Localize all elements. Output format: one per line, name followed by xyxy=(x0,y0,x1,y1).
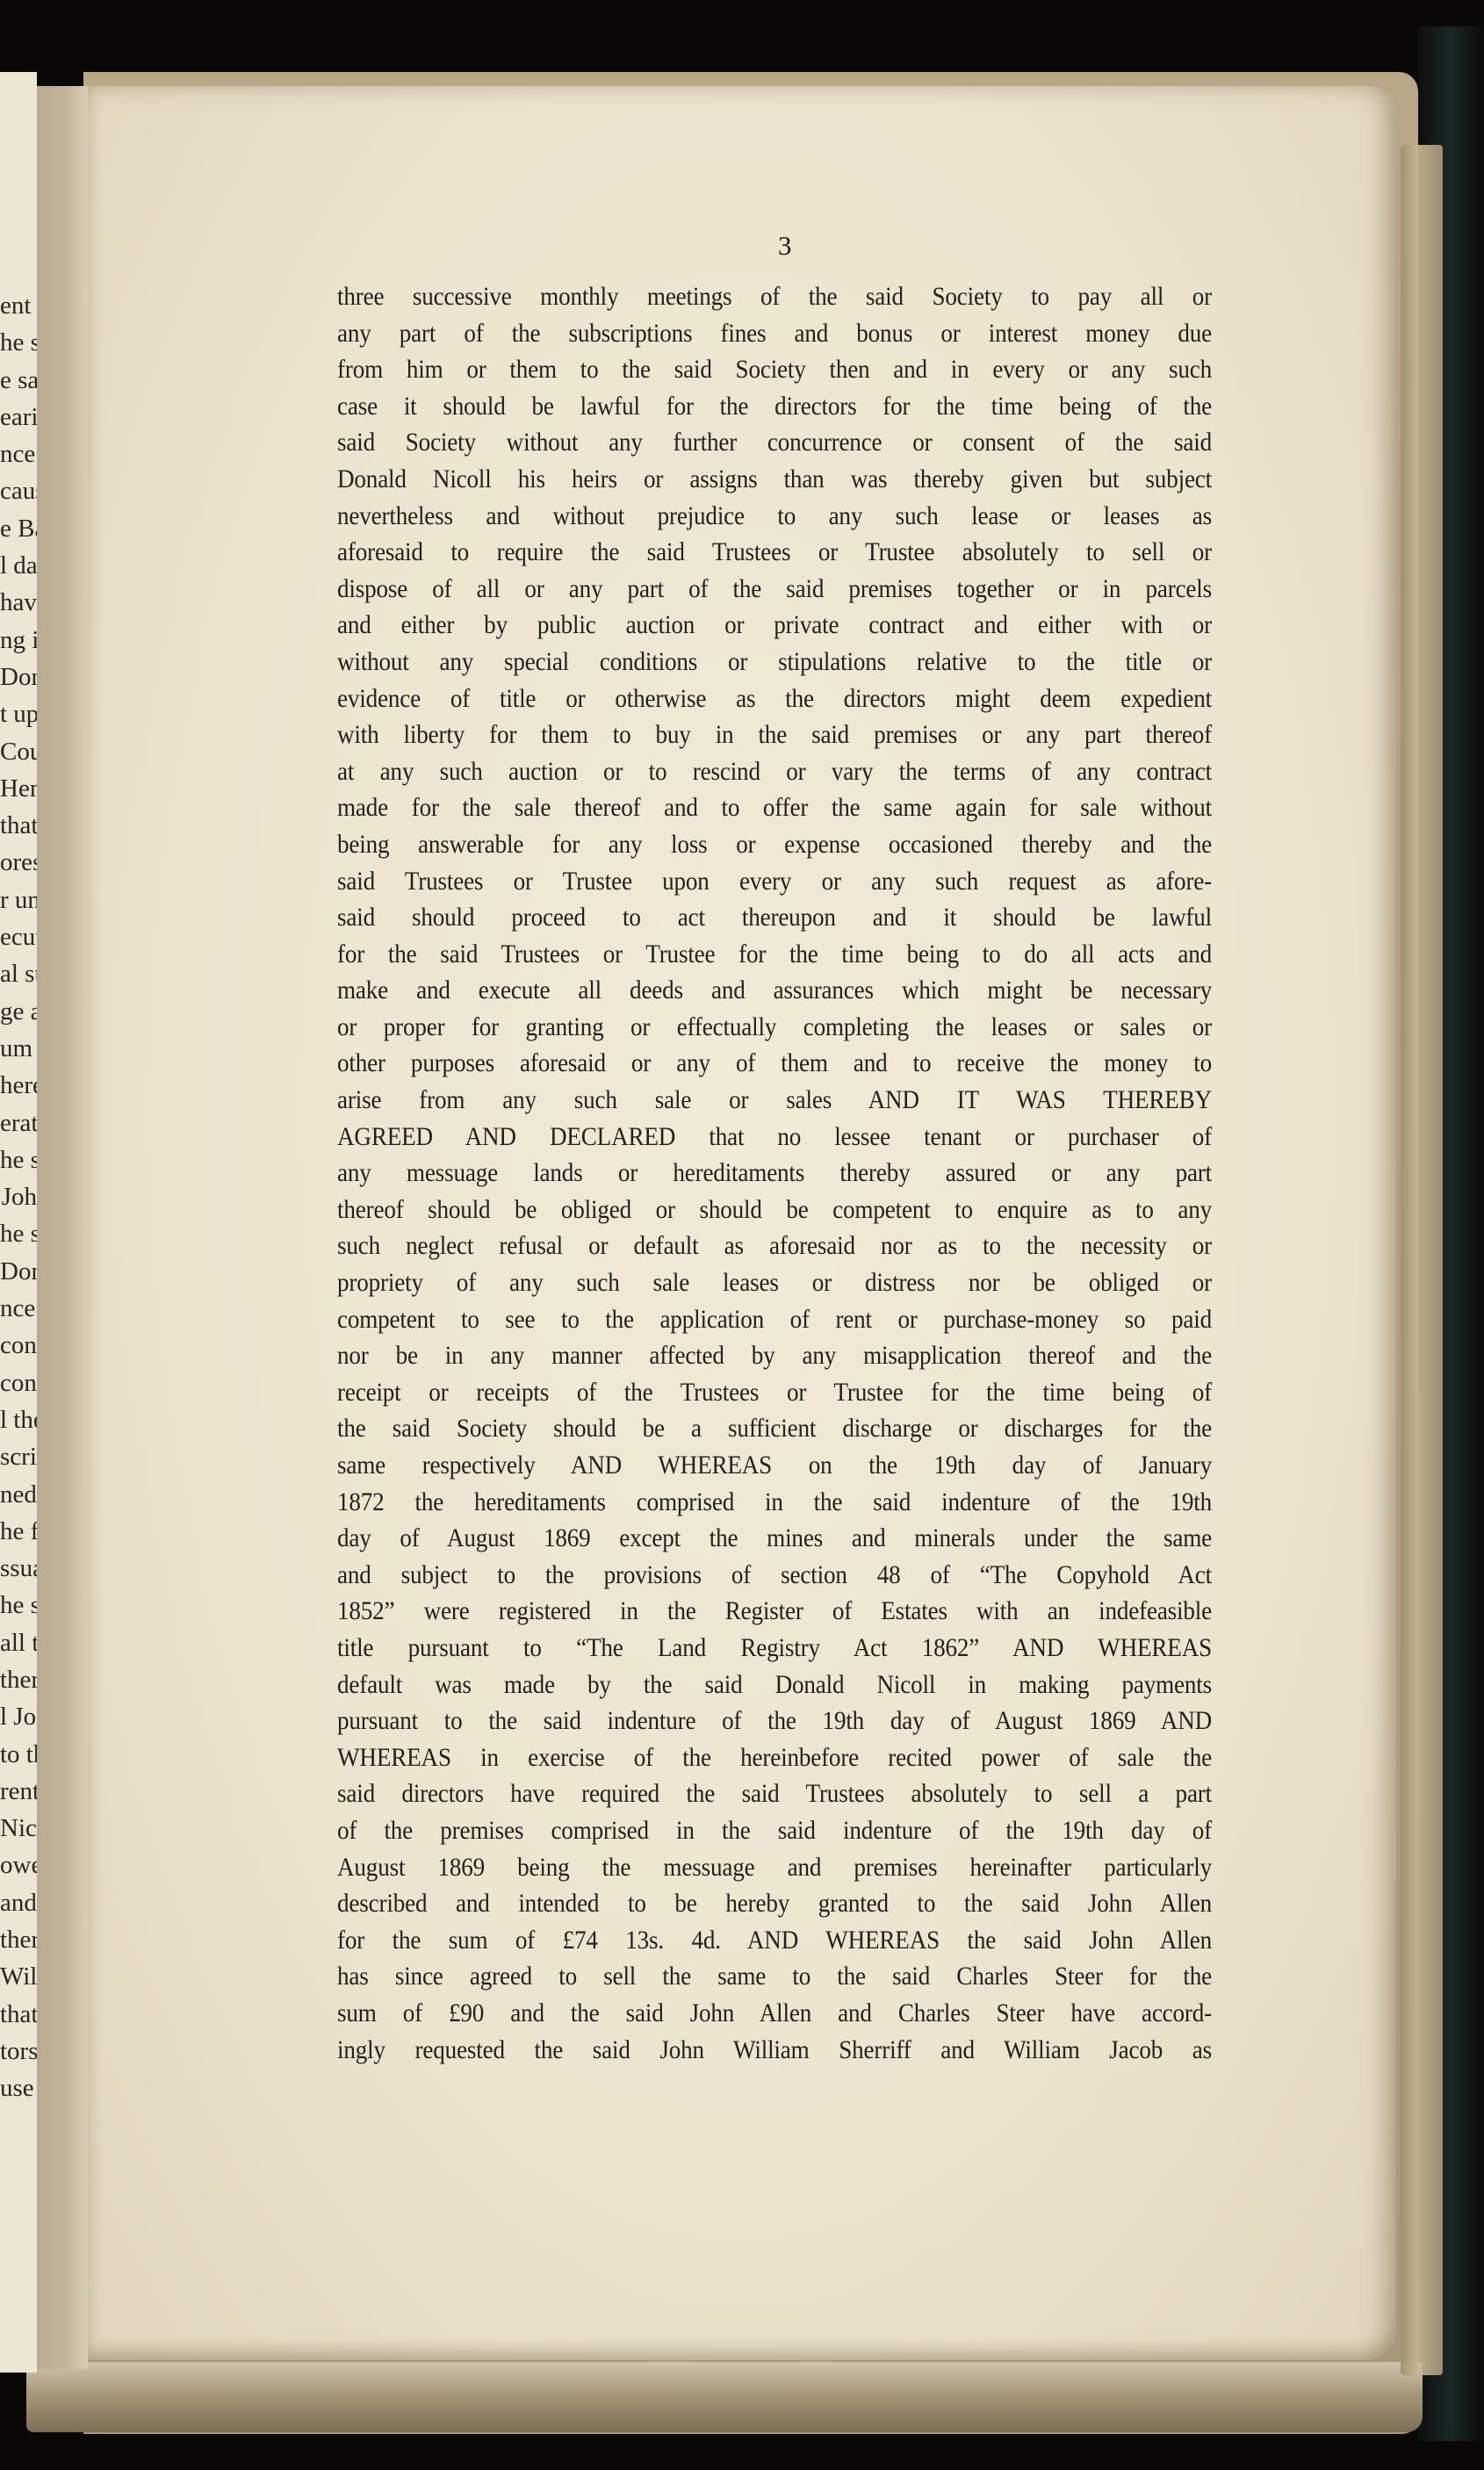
text-line: has since agreed to sell the same to the… xyxy=(337,1959,1212,1996)
text-line: for the said Trustees or Trustee for the… xyxy=(337,937,1212,974)
text-line: August 1869 being the messuage and premi… xyxy=(337,1850,1212,1887)
text-line: receipt or receipts of the Trustees or T… xyxy=(337,1375,1212,1412)
left-page-line-fragment: he fir xyxy=(0,1513,37,1550)
text-line: such neglect refusal or default as afore… xyxy=(337,1228,1212,1265)
text-line: without any special conditions or stipul… xyxy=(337,645,1212,681)
text-line: case it should be lawful for the directo… xyxy=(337,389,1212,426)
left-page-line-fragment: nce b xyxy=(0,1290,37,1327)
left-page-line-fragment: ned b xyxy=(0,1476,37,1513)
text-line: day of August 1869 except the mines and … xyxy=(337,1521,1212,1558)
left-page-line-fragment: all th xyxy=(0,1624,37,1661)
text-line: made for the sale thereof and to offer t… xyxy=(337,790,1212,827)
left-page-line-fragment: scrib xyxy=(0,1438,37,1475)
text-line: described and intended to be hereby gran… xyxy=(337,1886,1212,1923)
left-page-line-fragment: he sai xyxy=(0,1215,37,1252)
text-line: said directors have required the said Tr… xyxy=(337,1776,1212,1813)
text-line: any messuage lands or hereditaments ther… xyxy=(337,1156,1212,1192)
text-line: competent to see to the application of r… xyxy=(337,1302,1212,1339)
left-page-line-fragment: conve xyxy=(0,1327,37,1364)
text-line: default was made by the said Donald Nico… xyxy=(337,1667,1212,1704)
left-page-line-fragment: Joh xyxy=(0,1178,37,1215)
text-line: three successive monthly meetings of the… xyxy=(337,279,1212,316)
text-line: thereof should be obliged or should be c… xyxy=(337,1192,1212,1229)
left-page-line-fragment: confir xyxy=(0,1365,37,1401)
text-line: title pursuant to “The Land Registry Act… xyxy=(337,1631,1212,1667)
left-page-line-fragment: l date xyxy=(0,547,37,584)
left-page-line-fragment: e Ban xyxy=(0,510,37,547)
left-page-line-fragment: rent xyxy=(0,1773,37,1810)
left-page-line-fragment: to th xyxy=(0,1736,37,1773)
left-page-line-fragment: that i xyxy=(0,807,37,844)
gutter-shadow xyxy=(37,86,88,2369)
left-page-line-fragment: there xyxy=(0,1921,37,1958)
text-line: of the premises comprised in the said in… xyxy=(337,1813,1212,1850)
left-page-line-fragment: Willia xyxy=(0,1958,37,1995)
left-page-line-fragment: that i xyxy=(0,1996,37,2033)
text-line: evidence of title or otherwise as the di… xyxy=(337,681,1212,718)
left-page-line-fragment: ent o xyxy=(0,287,37,324)
text-line: propriety of any such sale leases or dis… xyxy=(337,1265,1212,1302)
text-line: ingly requested the said John William Sh… xyxy=(337,2033,1212,2070)
text-line: make and execute all deeds and assurance… xyxy=(337,973,1212,1010)
left-page-line-fragment: earin xyxy=(0,399,37,436)
left-page-line-fragment: he sai xyxy=(0,1141,37,1178)
left-page-line-fragment: there xyxy=(0,1661,37,1698)
left-page-line-fragment: al su xyxy=(0,955,37,992)
text-line: nevertheless and without prejudice to an… xyxy=(337,499,1212,536)
left-page-line-fragment: ng i xyxy=(0,622,37,659)
text-line: being answerable for any loss or expense… xyxy=(337,827,1212,864)
text-line: and either by public auction or private … xyxy=(337,608,1212,645)
left-page-line-fragment: l Joh xyxy=(0,1698,37,1735)
text-line: said should proceed to act thereupon and… xyxy=(337,900,1212,937)
left-page-line-fragment: e sai xyxy=(0,362,37,399)
text-line: any part of the subscriptions fines and … xyxy=(337,316,1212,353)
text-line: from him or them to the said Society the… xyxy=(337,352,1212,389)
page-number: 3 xyxy=(778,230,792,262)
text-line: sum of £90 and the said John Allen and C… xyxy=(337,1996,1212,2033)
left-page-line-fragment: Donal xyxy=(0,659,37,695)
text-line: AGREED AND DECLARED that no lessee tenan… xyxy=(337,1120,1212,1156)
page-stack-bottom-edge xyxy=(26,2362,1423,2432)
left-page-line-fragment: Nico xyxy=(0,1810,37,1847)
left-page-line-fragment: l the xyxy=(0,1401,37,1438)
left-page-line-fragment: havin xyxy=(0,584,37,621)
text-line: pursuant to the said indenture of the 19… xyxy=(337,1703,1212,1740)
text-line: arise from any such sale or sales AND IT… xyxy=(337,1083,1212,1120)
text-line: same respectively AND WHEREAS on the 19t… xyxy=(337,1448,1212,1485)
left-page-line-fragment: caus xyxy=(0,472,37,509)
left-page-line-fragment: um an xyxy=(0,1030,37,1067)
text-line: the said Society should be a sufficient … xyxy=(337,1411,1212,1448)
left-page-line-fragment: hereb xyxy=(0,1067,37,1104)
left-page-line-fragment: t upo xyxy=(0,695,37,732)
text-line: or proper for granting or effectually co… xyxy=(337,1010,1212,1047)
left-page-line-fragment: tors xyxy=(0,2033,37,2070)
text-line: Donald Nicoll his heirs or assigns than … xyxy=(337,462,1212,499)
text-line: nor be in any manner affected by any mis… xyxy=(337,1338,1212,1375)
left-page-line-fragment: ssuag xyxy=(0,1550,37,1587)
guard-strip xyxy=(1401,145,1443,2375)
text-line: aforesaid to require the said Trustees o… xyxy=(337,535,1212,572)
text-line: WHEREAS in exercise of the hereinbefore … xyxy=(337,1740,1212,1777)
left-page-line-fragment: Donal xyxy=(0,1253,37,1290)
text-line: at any such auction or to rescind or var… xyxy=(337,754,1212,791)
left-page-line-fragment: Cour xyxy=(0,733,37,770)
text-line: dispose of all or any part of the said p… xyxy=(337,572,1212,608)
text-line: with liberty for them to buy in the said… xyxy=(337,717,1212,754)
left-page-line-fragment: he sa xyxy=(0,1587,37,1624)
text-line: 1852” were registered in the Register of… xyxy=(337,1594,1212,1631)
text-line: other purposes aforesaid or any of them … xyxy=(337,1046,1212,1083)
left-page-line-fragment: oresai xyxy=(0,844,37,881)
left-page-line-fragment: and i xyxy=(0,1884,37,1921)
left-page-text-fragments: ent ohe saie saiearinnce vcause Banl dat… xyxy=(0,287,37,2107)
left-page-line-fragment: Henr xyxy=(0,770,37,807)
text-line: 1872 the hereditaments comprised in the … xyxy=(337,1485,1212,1522)
left-page-line-fragment: ower xyxy=(0,1847,37,1883)
text-line: and subject to the provisions of section… xyxy=(337,1558,1212,1595)
text-line: said Society without any further concurr… xyxy=(337,425,1212,462)
document-body-text: three successive monthly meetings of the… xyxy=(337,279,1212,2069)
left-page-line-fragment: eratio xyxy=(0,1105,37,1141)
left-page-line-fragment: use f xyxy=(0,2070,37,2106)
left-page-fragment: ent ohe saie saiearinnce vcause Banl dat… xyxy=(0,72,37,2373)
left-page-line-fragment: he sai xyxy=(0,324,37,361)
text-line: for the sum of £74 13s. 4d. AND WHEREAS … xyxy=(337,1923,1212,1960)
left-page-line-fragment: nce v xyxy=(0,436,37,472)
left-page-line-fragment: r unt xyxy=(0,882,37,918)
text-line: said Trustees or Trustee upon every or a… xyxy=(337,864,1212,901)
left-page-line-fragment: ecuto xyxy=(0,918,37,955)
left-page-line-fragment: ge an xyxy=(0,993,37,1030)
